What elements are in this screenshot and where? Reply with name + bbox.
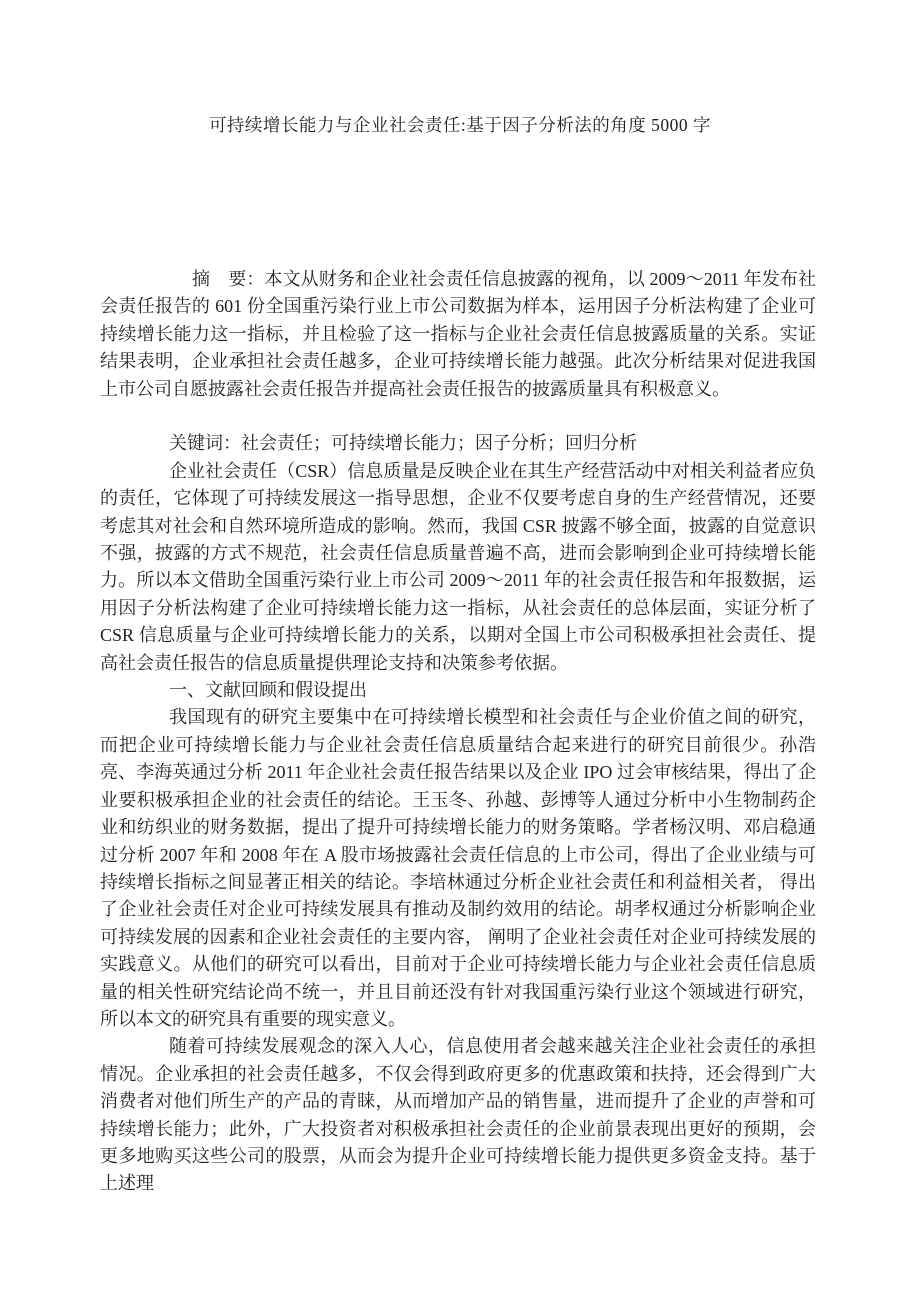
keywords-line: 关键词：社会责任；可持续增长能力；因子分析；回归分析 [100,430,816,457]
document-title: 可持续增长能力与企业社会责任:基于因子分析法的角度 5000 字 [0,112,920,138]
section-heading-literature-review: 一、文献回顾和假设提出 [100,677,816,704]
abstract-paragraph: 摘 要：本文从财务和企业社会责任信息披露的视角，以 2009～2011 年发布社… [100,266,816,403]
literature-review-paragraph: 我国现有的研究主要集中在可持续增长模型和社会责任与企业价值之间的研究，而把企业可… [100,704,816,1033]
hypothesis-motivation-paragraph: 随着可持续发展观念的深入人心，信息使用者会越来越关注企业社会责任的承担情况。企业… [100,1033,816,1197]
document-body: 摘 要：本文从财务和企业社会责任信息披露的视角，以 2009～2011 年发布社… [100,266,816,1198]
csr-intro-paragraph: 企业社会责任（CSR）信息质量是反映企业在其生产经营活动中对相关利益者应负的责任… [100,458,816,677]
document-page: 可持续增长能力与企业社会责任:基于因子分析法的角度 5000 字 摘 要：本文从… [0,0,920,1302]
